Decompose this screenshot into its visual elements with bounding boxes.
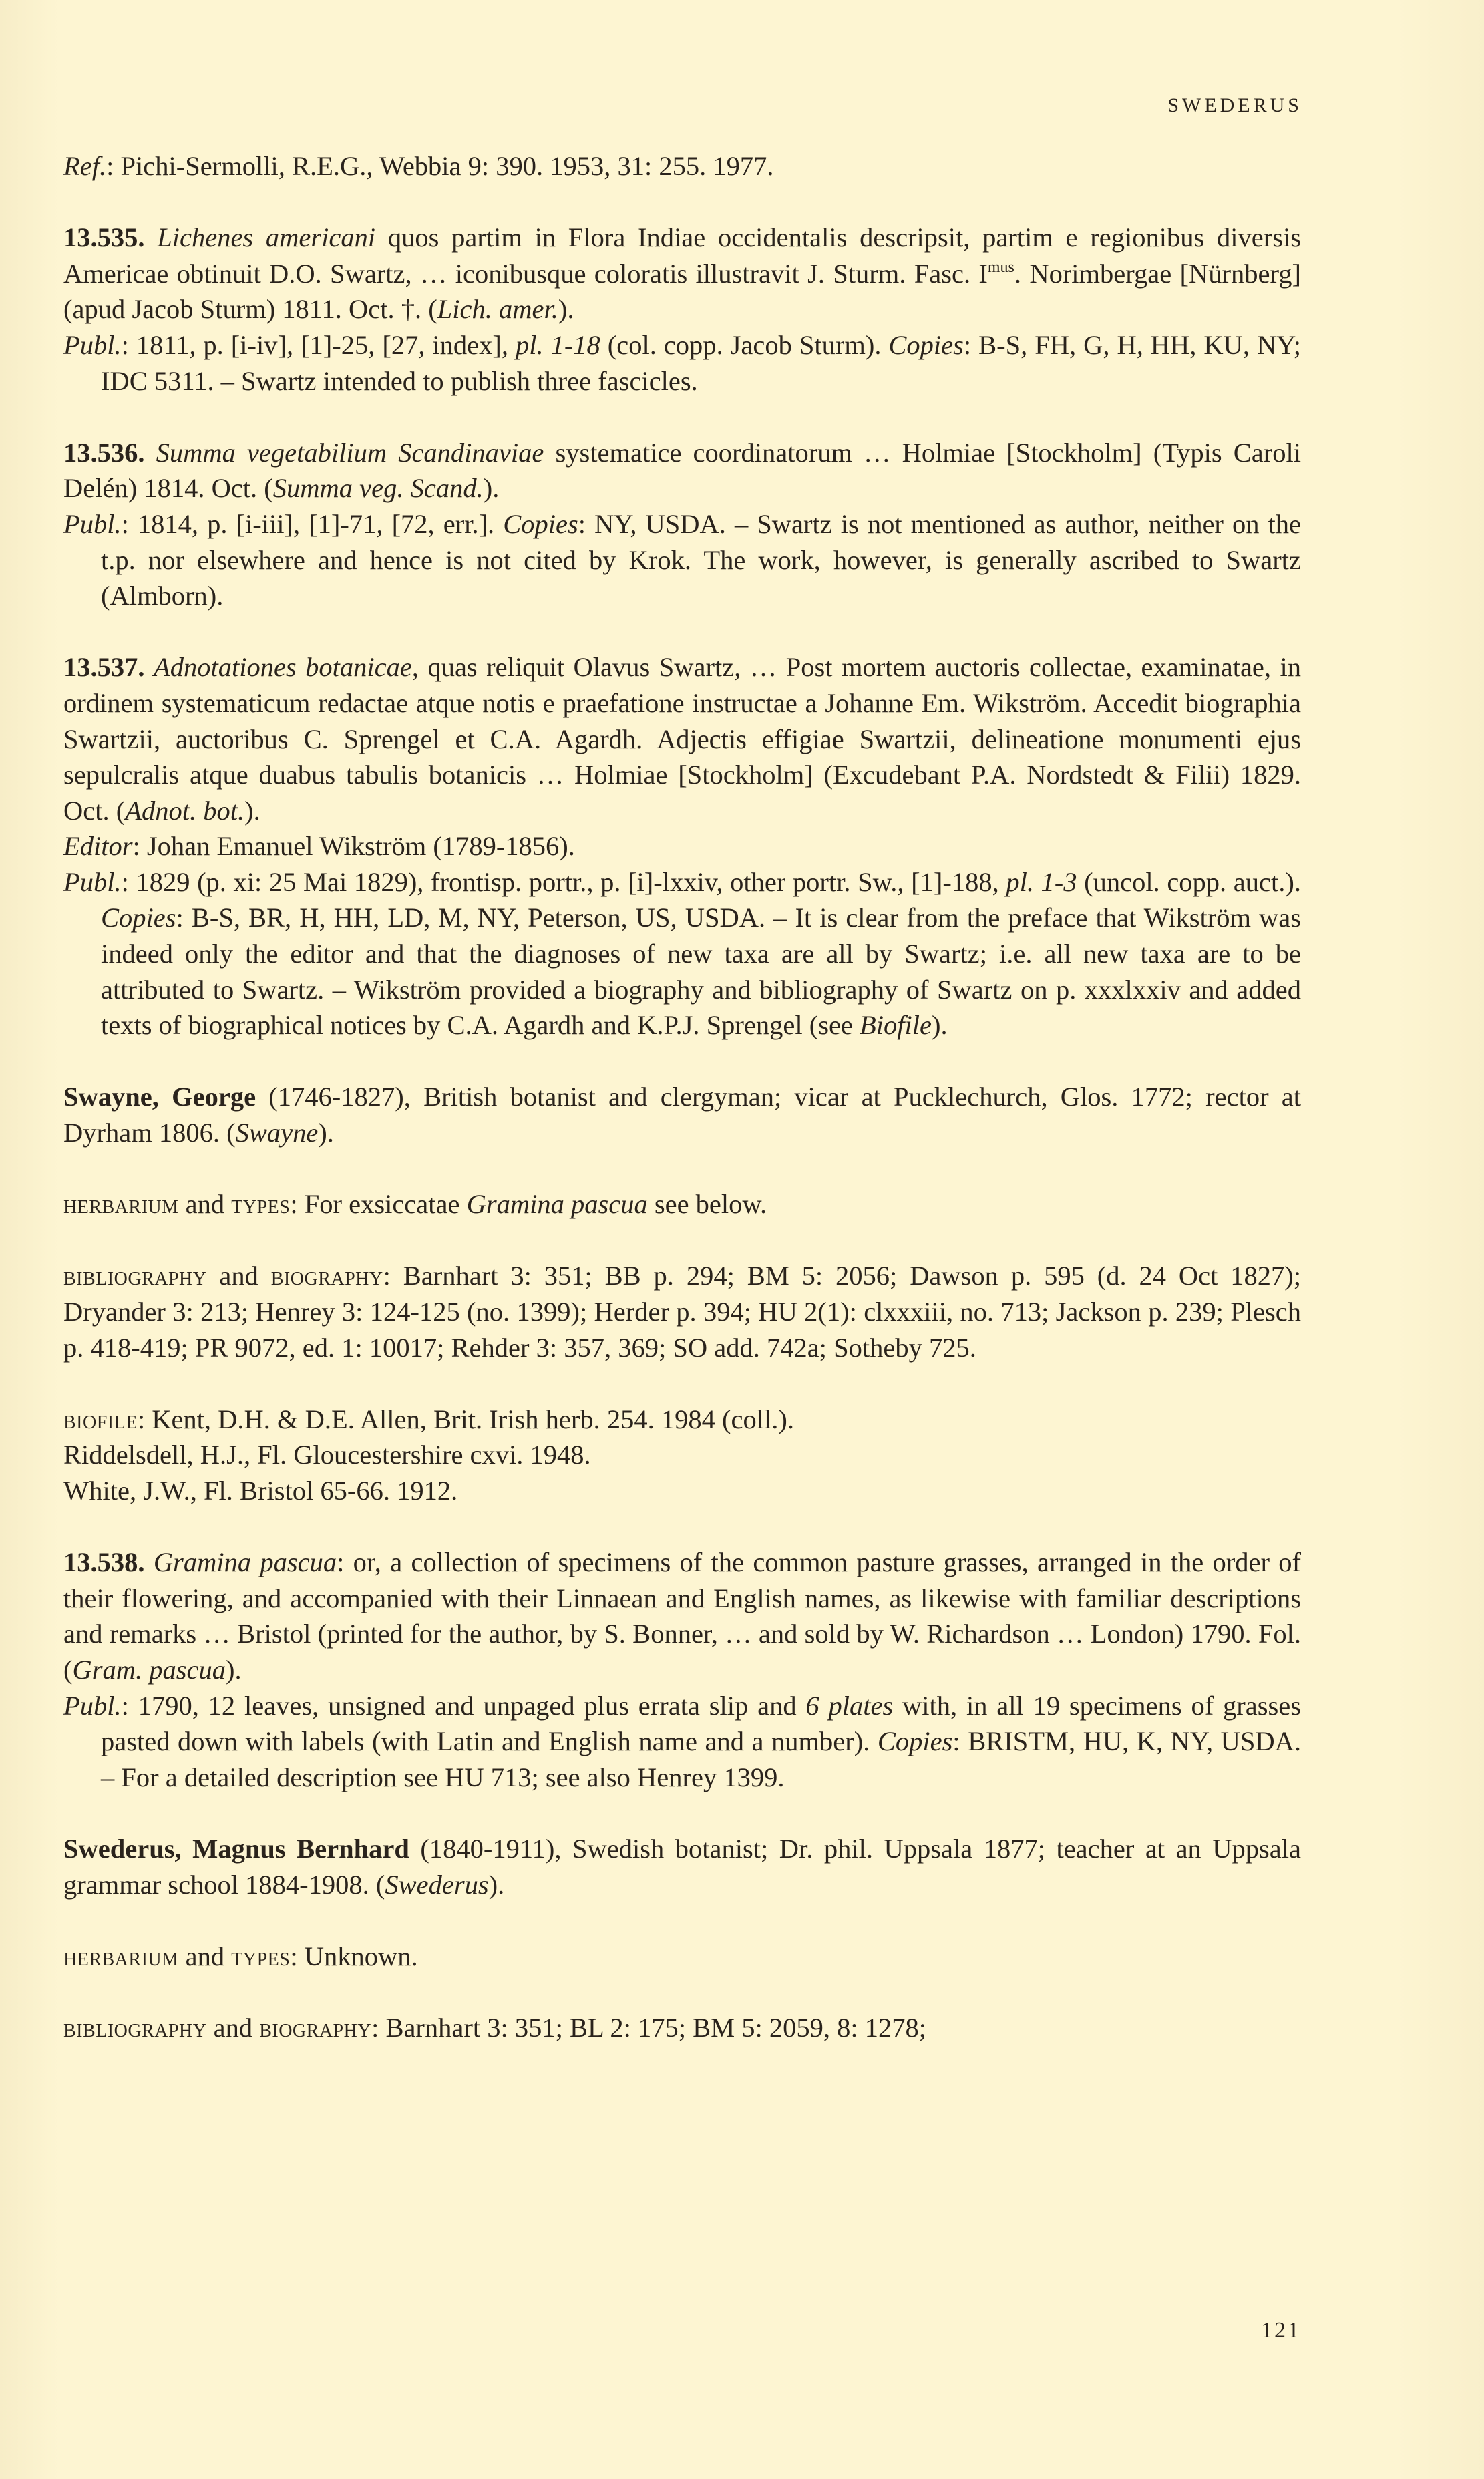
text-run: : Unknown. (290, 1941, 417, 1971)
italic-run: Swederus (385, 1870, 488, 1900)
small-caps-label: HERBARIUM (63, 1189, 179, 1219)
entry-title-paragraph: 13.536. Summa vegetabilium Scandinaviae … (63, 435, 1301, 506)
text-run: : Pichi-Sermolli, R.E.G., Webbia 9: 390.… (106, 151, 773, 181)
italic-run: Gram. pascua (73, 1655, 226, 1685)
italic-run: Ref. (63, 151, 106, 181)
text-run: ). (558, 294, 574, 324)
small-caps-label: TYPES (231, 1941, 290, 1971)
editor-paragraph: Editor: Johan Emanuel Wikström (1789-185… (63, 828, 1301, 864)
author-name: Swederus, Magnus Bernhard (63, 1834, 409, 1864)
italic-run: Publ. (63, 330, 122, 360)
author-heading-paragraph: Swayne, George (1746-1827), British bota… (63, 1079, 1301, 1150)
italic-run: Biofile (860, 1010, 932, 1040)
section-paragraph: BIBLIOGRAPHY and BIOGRAPHY: Barnhart 3: … (63, 1258, 1301, 1365)
superscript: mus (988, 259, 1014, 276)
italic-run: Gramina pascua (154, 1547, 337, 1577)
italic-run: Copies (878, 1726, 953, 1756)
entry-number: 13.535. (63, 222, 157, 253)
page-body: Ref.: Pichi-Sermolli, R.E.G., Webbia 9: … (63, 148, 1301, 2045)
italic-run: Copies (101, 902, 176, 933)
italic-run: Publ. (63, 1691, 122, 1721)
publ-paragraph: Publ.: 1811, p. [i-iv], [1]-25, [27, ind… (63, 327, 1301, 399)
italic-run: Copies (503, 509, 578, 539)
entry-number: 13.538. (63, 1547, 154, 1577)
italic-run: Swayne (236, 1118, 319, 1148)
italic-run: Publ. (63, 509, 122, 539)
text-run: : 1814, p. [i-iii], [1]-71, [72, err.]. (122, 509, 504, 539)
text-run: Riddelsdell, H.J., Fl. Gloucestershire c… (63, 1440, 591, 1470)
text-run: : 1790, 12 leaves, unsigned and unpaged … (122, 1691, 806, 1721)
text-run: and (206, 2013, 259, 2043)
publ-paragraph: Publ.: 1829 (p. xi: 25 Mai 1829), fronti… (63, 864, 1301, 1043)
entry-number: 13.536. (63, 438, 156, 468)
small-caps-label: BIOGRAPHY (259, 2013, 371, 2043)
author-name: Swayne, George (63, 1082, 256, 1112)
publ-paragraph: Publ.: 1790, 12 leaves, unsigned and unp… (63, 1688, 1301, 1796)
section-paragraph: BIOFILE: Kent, D.H. & D.E. Allen, Brit. … (63, 1401, 1301, 1438)
text-run: : 1829 (p. xi: 25 Mai 1829), frontisp. p… (122, 867, 1006, 897)
italic-run: Adnot. bot. (125, 796, 244, 826)
text-run: : 1811, p. [i-iv], [1]-25, [27, index], (122, 330, 516, 360)
small-caps-label: BIBLIOGRAPHY (63, 1261, 206, 1291)
text-run: ). (489, 1870, 505, 1900)
italic-run: Summa veg. Scand. (273, 473, 484, 503)
italic-run: Lichenes americani (157, 222, 375, 253)
italic-run: Gramina pascua (467, 1189, 648, 1219)
text-run: : For exsiccatae (290, 1189, 466, 1219)
italic-run: Adnotationes botanicae (154, 652, 412, 682)
text-run: see below. (648, 1189, 767, 1219)
italic-run: Editor (63, 831, 133, 861)
running-head: SWEDERUS (1167, 92, 1302, 119)
text-run: : B-S, BR, H, HH, LD, M, NY, Peterson, U… (101, 902, 1301, 1040)
biofile-line-paragraph: Riddelsdell, H.J., Fl. Gloucestershire c… (63, 1437, 1301, 1473)
text-run: : Johan Emanuel Wikström (1789-1856). (133, 831, 575, 861)
section-paragraph: BIBLIOGRAPHY and BIOGRAPHY: Barnhart 3: … (63, 2010, 1301, 2046)
text-run: and (206, 1261, 270, 1291)
entry-title-paragraph: 13.538. Gramina pascua: or, a collection… (63, 1544, 1301, 1687)
small-caps-label: HERBARIUM (63, 1941, 179, 1971)
entry-number: 13.537. (63, 652, 154, 682)
publ-paragraph: Publ.: 1814, p. [i-iii], [1]-71, [72, er… (63, 506, 1301, 614)
italic-run: pl. 1-18 (516, 330, 600, 360)
page-number: 121 (1261, 2317, 1301, 2344)
reference-paragraph: Ref.: Pichi-Sermolli, R.E.G., Webbia 9: … (63, 148, 1301, 184)
text-run: ). (318, 1118, 334, 1148)
italic-run: Lich. amer. (437, 294, 558, 324)
text-run: and (179, 1941, 232, 1971)
section-paragraph: HERBARIUM and TYPES: Unknown. (63, 1939, 1301, 1975)
entry-title-paragraph: 13.535. Lichenes americani quos partim i… (63, 220, 1301, 327)
entry-title-paragraph: 13.537. Adnotationes botanicae, quas rel… (63, 649, 1301, 828)
text-run: ). (484, 473, 500, 503)
text-run: ). (226, 1655, 242, 1685)
italic-run: Copies (888, 330, 964, 360)
italic-run: Publ. (63, 867, 122, 897)
text-run: and (179, 1189, 232, 1219)
text-run: ). (244, 796, 260, 826)
small-caps-label: BIOGRAPHY (271, 1261, 383, 1291)
text-run: (col. copp. Jacob Sturm). (600, 330, 889, 360)
italic-run: pl. 1-3 (1006, 867, 1077, 897)
biofile-line-paragraph: White, J.W., Fl. Bristol 65-66. 1912. (63, 1473, 1301, 1509)
text-run: : Kent, D.H. & D.E. Allen, Brit. Irish h… (138, 1404, 794, 1434)
small-caps-label: TYPES (231, 1189, 290, 1219)
text-run: ). (932, 1010, 948, 1040)
small-caps-label: BIBLIOGRAPHY (63, 2013, 206, 2043)
text-run: White, J.W., Fl. Bristol 65-66. 1912. (63, 1476, 457, 1506)
small-caps-label: BIOFILE (63, 1404, 138, 1434)
italic-run: Summa vegetabilium Scandinaviae (156, 438, 544, 468)
section-paragraph: HERBARIUM and TYPES: For exsiccatae Gram… (63, 1186, 1301, 1222)
author-heading-paragraph: Swederus, Magnus Bernhard (1840-1911), S… (63, 1831, 1301, 1903)
text-run: (uncol. copp. auct.). (1077, 867, 1301, 897)
text-run: : Barnhart 3: 351; BL 2: 175; BM 5: 2059… (371, 2013, 926, 2043)
italic-run: 6 plates (805, 1691, 893, 1721)
